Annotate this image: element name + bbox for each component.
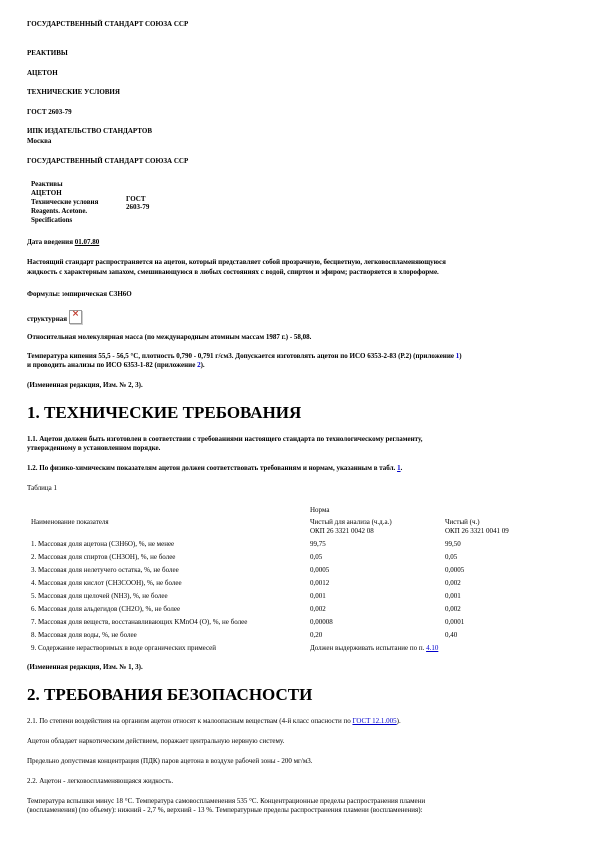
col-header-grade1: Чистый для анализа (ч.д.а.) bbox=[310, 518, 392, 527]
section-1-heading: 1. ТЕХНИЧЕСКИЕ ТРЕБОВАНИЯ bbox=[27, 403, 301, 423]
category-label: РЕАКТИВЫ bbox=[27, 49, 68, 58]
pdk-text: Предельно допустимая концентрация (ПДК) … bbox=[27, 757, 313, 766]
properties-text: и проводить анализы по ИСО 6353-1-82 (пр… bbox=[27, 361, 195, 369]
paren: ) bbox=[459, 352, 461, 360]
row-value-grade1: 0,05 bbox=[310, 553, 322, 562]
structural-label: структурная bbox=[27, 315, 67, 323]
introduction-date: Дата введения 01.07.80 bbox=[27, 238, 99, 247]
clause-1-1-line1: 1.1. Ацетон должен быть изготовлен в соо… bbox=[27, 435, 423, 444]
row-value-grade2: 0,002 bbox=[445, 605, 461, 614]
clause-4-10-link[interactable]: 4.10 bbox=[426, 644, 438, 652]
row-value-grade1: Должен выдерживать испытание по п. 4.10 bbox=[310, 644, 438, 653]
product-label: АЦЕТОН bbox=[27, 69, 58, 78]
clause-2-1: 2.1. По степени воздействия на организм … bbox=[27, 717, 401, 726]
publisher: ИПК ИЗДАТЕЛЬСТВО СТАНДАРТОВ bbox=[27, 127, 152, 136]
row-name: 1. Массовая доля ацетона (C3H6O), %, не … bbox=[31, 540, 174, 549]
row-value-grade1: 0,00008 bbox=[310, 618, 333, 627]
gost-number: ГОСТ 2603-79 bbox=[27, 108, 72, 117]
date-link[interactable]: 01.07.80 bbox=[75, 238, 100, 246]
row-name: 6. Массовая доля альдегидов (CH2O), %, н… bbox=[31, 605, 180, 614]
formula-empirical: Формулы: эмпирическая C3H6O bbox=[27, 290, 132, 299]
city: Москва bbox=[27, 137, 51, 146]
gost-12-1-005-link[interactable]: ГОСТ 12.1.005 bbox=[352, 717, 396, 725]
row-value-grade1: 0,002 bbox=[310, 605, 326, 614]
table-caption: Таблица 1 bbox=[27, 484, 57, 493]
row-value-grade2: 0,002 bbox=[445, 579, 461, 588]
row-value-grade2: 0,0005 bbox=[445, 566, 464, 575]
title-block-gost-number: 2603-79 bbox=[126, 203, 149, 212]
flash-point-line2: (воспламенения) (по объему): нижний - 2,… bbox=[27, 806, 423, 815]
narcotic-effect: Ацетон обладает наркотическим действием,… bbox=[27, 737, 284, 746]
section-2-heading: 2. ТРЕБОВАНИЯ БЕЗОПАСНОСТИ bbox=[27, 685, 312, 705]
col-header-grade2: Чистый (ч.) bbox=[445, 518, 480, 527]
row-value-grade2: 0,0001 bbox=[445, 618, 464, 627]
title-block-line: Reagents. Acetone. bbox=[31, 207, 87, 216]
row-value-grade1: 0,20 bbox=[310, 631, 322, 640]
properties-line2: и проводить анализы по ИСО 6353-1-82 (пр… bbox=[27, 361, 205, 370]
row-name: 8. Массовая доля воды, %, не более bbox=[31, 631, 137, 640]
paren: ). bbox=[397, 717, 401, 725]
row-name: 5. Массовая доля щелочей (NH3), %, не бо… bbox=[31, 592, 168, 601]
clause-1-2: 1.2. По физико-химическим показателям ац… bbox=[27, 464, 402, 473]
title-block-line: Specifications bbox=[31, 216, 72, 225]
org-title: ГОСУДАРСТВЕННЫЙ СТАНДАРТ СОЮЗА ССР bbox=[27, 20, 188, 29]
flash-point-line1: Температура вспышки минус 18 °С. Темпера… bbox=[27, 797, 425, 806]
row-value-grade1: 0,001 bbox=[310, 592, 326, 601]
date-label: Дата введения bbox=[27, 238, 73, 246]
properties-text: Температура кипения 55,5 - 56,5 °С, плот… bbox=[27, 352, 454, 360]
test-requirement-text: Должен выдерживать испытание по п. bbox=[310, 644, 424, 652]
scope-text-line1: Настоящий стандарт распространяется на а… bbox=[27, 258, 446, 267]
clause-2-2: 2.2. Ацетон - легковоспламеняющаяся жидк… bbox=[27, 777, 173, 786]
amendment-note-1: (Измененная редакция, Изм. № 1, 3). bbox=[27, 663, 143, 672]
molecular-mass: Относительная молекулярная масса (по меж… bbox=[27, 333, 311, 342]
row-value-grade1: 0,0012 bbox=[310, 579, 329, 588]
row-value-grade2: 0,001 bbox=[445, 592, 461, 601]
clause-text: 2.1. По степени воздействия на организм … bbox=[27, 717, 351, 725]
norm-header: Норма bbox=[310, 506, 329, 515]
spec-label: ТЕХНИЧЕСКИЕ УСЛОВИЯ bbox=[27, 88, 120, 97]
formula-structural: структурная × bbox=[27, 310, 82, 324]
row-value-grade2: 0,05 bbox=[445, 553, 457, 562]
row-name: 2. Массовая доля спиртов (CH3OH), %, не … bbox=[31, 553, 175, 562]
row-value-grade1: 0,0005 bbox=[310, 566, 329, 575]
period: . bbox=[401, 464, 403, 472]
col-header-name: Наименование показателя bbox=[31, 518, 109, 527]
amendment-note: (Измененная редакция, Изм. № 2, 3). bbox=[27, 381, 143, 390]
row-name: 3. Массовая доля нелетучего остатка, %, … bbox=[31, 566, 179, 575]
row-name: 7. Массовая доля веществ, восстанавливаю… bbox=[31, 618, 247, 627]
title-block-line: Технические условия bbox=[31, 198, 98, 207]
clause-text: 1.2. По физико-химическим показателям ац… bbox=[27, 464, 395, 472]
clause-1-1-line2: утвержденному в установленном порядке. bbox=[27, 444, 160, 453]
row-value-grade1: 99,75 bbox=[310, 540, 326, 549]
scope-text-line2: жидкость с характерным запахом, смешиваю… bbox=[27, 268, 439, 277]
title-block-line: АЦЕТОН bbox=[31, 189, 62, 198]
properties-line1: Температура кипения 55,5 - 56,5 °С, плот… bbox=[27, 352, 462, 361]
row-value-grade2: 99,50 bbox=[445, 540, 461, 549]
broken-image-icon: × bbox=[69, 310, 82, 324]
paren: ). bbox=[201, 361, 205, 369]
title-block-line: Реактивы bbox=[31, 180, 63, 189]
org-title-2: ГОСУДАРСТВЕННЫЙ СТАНДАРТ СОЮЗА ССР bbox=[27, 157, 188, 166]
row-value-grade2: 0,40 bbox=[445, 631, 457, 640]
col-header-grade2-code: ОКП 26 3321 0041 09 bbox=[445, 527, 509, 536]
row-name: 9. Содержание нерастворимых в воде орган… bbox=[31, 644, 216, 653]
row-name: 4. Массовая доля кислот (CH3COOH), %, не… bbox=[31, 579, 182, 588]
col-header-grade1-code: ОКП 26 3321 0042 08 bbox=[310, 527, 374, 536]
